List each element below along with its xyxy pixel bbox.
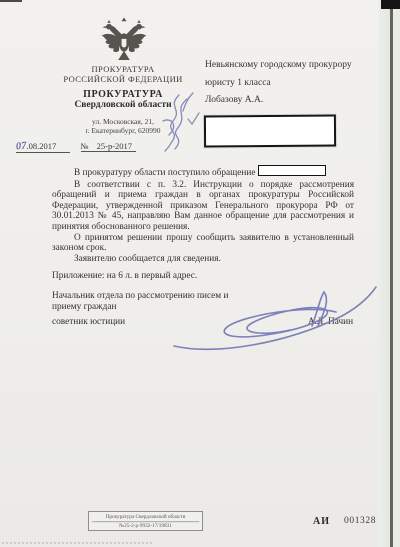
addressee-line1: Невьянскому городскому прокурору bbox=[205, 57, 380, 75]
handwritten-date: 07 bbox=[15, 140, 27, 152]
scan-edge-outer bbox=[393, 0, 400, 547]
number-segment: №25-р-2017 bbox=[81, 141, 137, 152]
redaction-box-inline bbox=[258, 165, 326, 176]
addressee-line2: юристу 1 класса bbox=[205, 75, 380, 93]
russian-coat-of-arms-icon bbox=[99, 16, 149, 64]
addressee-line3: Лобазову А.А. bbox=[205, 92, 380, 110]
date-segment: 07.08.2017 bbox=[16, 141, 70, 153]
form-series: АИ bbox=[313, 516, 330, 527]
org-name-line1: ПРОКУРАТУРА bbox=[28, 64, 218, 74]
body-paragraph-2: В соответствии с п. 3.2. Инструкции о по… bbox=[52, 180, 354, 232]
org-name-line2: РОССИЙСКОЙ ФЕДЕРАЦИИ bbox=[28, 74, 218, 84]
redaction-box-large bbox=[204, 115, 336, 148]
body-paragraph-1: В прокуратуру области поступило обращени… bbox=[52, 165, 354, 178]
body-paragraph-1-text: В прокуратуру области поступило обращени… bbox=[74, 168, 256, 178]
stamp-line1: Прокуратура Свердловской области bbox=[92, 512, 199, 521]
registration-stamp: Прокуратура Свердловской области №25-2-р… bbox=[88, 511, 203, 531]
body-paragraph-4: Заявителю сообщается для сведения. bbox=[52, 254, 354, 264]
scan-bottom-artifact bbox=[2, 542, 152, 544]
number-sign: № bbox=[81, 141, 89, 151]
stamp-line2: №25-2-р-9932-17/19831 bbox=[92, 521, 199, 530]
form-number: 001328 bbox=[344, 516, 376, 526]
scan-topleft-artifact bbox=[0, 0, 22, 2]
printed-date: .08.2017 bbox=[27, 141, 57, 151]
scan-corner-artifact bbox=[381, 0, 400, 9]
signer-rank: советник юстиции bbox=[52, 317, 125, 327]
addressee-block: Невьянскому городскому прокурору юристу … bbox=[205, 57, 380, 110]
pen-flourish-mark bbox=[155, 91, 197, 155]
handwritten-signature bbox=[166, 280, 380, 356]
body-paragraph-3: О принятом решении прошу сообщить заявит… bbox=[52, 233, 354, 254]
doc-number: 25-р-2017 bbox=[97, 141, 132, 151]
scanned-letter-page: { "letterhead": { "org_line1": "ПРОКУРАТ… bbox=[0, 0, 400, 547]
